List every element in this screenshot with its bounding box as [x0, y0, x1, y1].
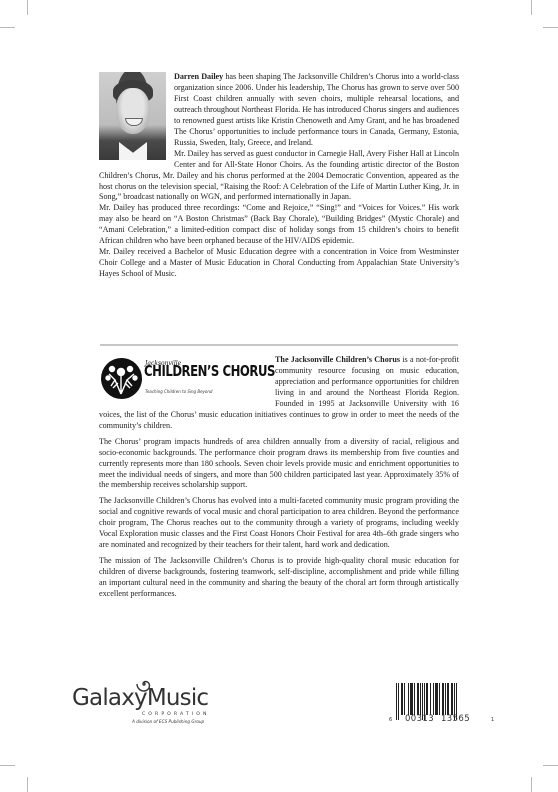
crop-mark-bl-v: [27, 777, 28, 792]
bio-paragraph-4: Mr. Dailey received a Bachelor of Music …: [99, 247, 459, 280]
logo-title: CHILDREN’S CHORUS: [144, 366, 275, 377]
publisher-division: A division of ECS Publishing Group: [132, 719, 204, 724]
childrens-chorus-logo: Jacksonville CHILDREN’S CHORUS Teaching …: [99, 355, 269, 399]
about-paragraph-4: The mission of The Jacksonville Children…: [99, 556, 459, 600]
upc-barcode: 6 00313 13565 1: [385, 683, 500, 728]
biography-section: Darren Dailey has been shaping The Jacks…: [99, 72, 459, 280]
crop-mark-br-v: [531, 777, 532, 792]
publisher-corporation: CORPORATION: [142, 712, 210, 717]
barcode-digits-group-1: 00313: [405, 714, 434, 724]
crop-mark-tl-h: [0, 27, 15, 28]
about-paragraph-2: The Chorus’ program impacts hundreds of …: [99, 437, 459, 492]
barcode-bars: [396, 683, 486, 717]
barcode-digit-left: 6: [389, 717, 392, 723]
crop-mark-br-h: [543, 765, 558, 766]
barcode-digits-group-2: 13565: [441, 714, 470, 724]
logo-tagline: Teaching Children to Sing Beyond: [145, 387, 212, 398]
publisher-logo: GalaxyMusic CORPORATION A division of EC…: [72, 676, 247, 731]
crop-mark-tr-v: [531, 0, 532, 15]
crop-mark-tr-h: [543, 27, 558, 28]
crop-mark-bl-h: [0, 765, 15, 766]
about-paragraph-3: The Jacksonville Children’s Chorus has e…: [99, 496, 459, 551]
about-lead: The Jacksonville Children’s Chorus: [275, 355, 400, 364]
chorus-emblem-icon: [101, 358, 142, 399]
bio-name: Darren Dailey: [174, 72, 223, 81]
bio-paragraph-3: Mr. Dailey has produced three recordings…: [99, 203, 459, 247]
section-divider: [100, 344, 458, 346]
barcode-digit-right: 1: [491, 717, 494, 723]
publisher-name: GalaxyMusic: [72, 685, 208, 711]
portrait-photo: [99, 72, 166, 160]
crop-mark-tl-v: [27, 0, 28, 15]
about-chorus-section: Jacksonville CHILDREN’S CHORUS Teaching …: [99, 355, 459, 605]
